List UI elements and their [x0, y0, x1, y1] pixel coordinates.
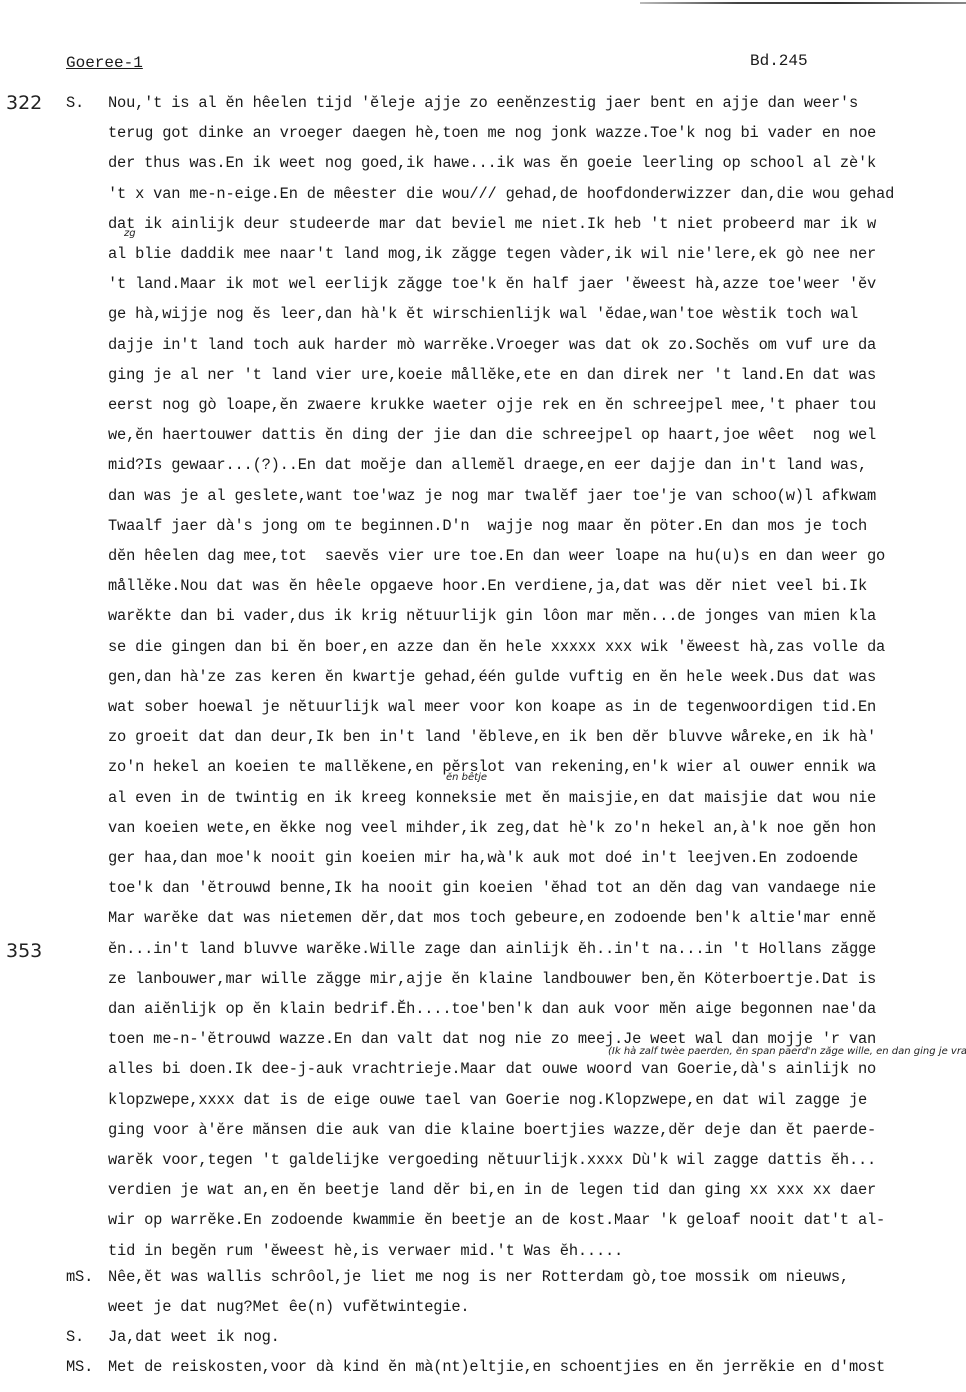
transcript-line: we,ĕn haertouwer dattis ĕn ding der jie …: [108, 426, 876, 444]
dialogue-line: weet je dat nug?Met êe(n) vufĕtwintegie.: [108, 1298, 469, 1316]
handwritten-annotation: ĕn bêtje: [446, 772, 487, 783]
transcript-line: dajje in't land toch auk harder mò warrĕ…: [108, 336, 876, 354]
transcript-line: van koeien wete,en ĕkke nog veel mihder,…: [108, 819, 876, 837]
transcript-line: warĕkte dan bi vader,dus ik krig nĕtuurl…: [108, 607, 876, 625]
dialogue-line: Met de reiskosten,voor dà kind ĕn mà(nt)…: [108, 1358, 885, 1376]
transcript-line: dat ik ainlijk deur studeerde mar dat be…: [108, 215, 876, 233]
transcript-line: al blie daddik mee naar't land mog,ik ză…: [108, 245, 876, 263]
transcript-line: ging je al ner 't land vier ure,koeie må…: [108, 366, 876, 384]
transcript-line: Nou,'t is al ĕn hêelen tijd 'ĕleje ajje …: [108, 94, 858, 112]
transcript-line: ze lanbouwer,mar wille zăgge mir,ajje ĕn…: [108, 970, 876, 988]
transcript-line: mid?Is gewaar...(?)..En dat moĕje dan al…: [108, 456, 867, 474]
transcript-line: zo groeit dat dan deur,Ik ben in't land …: [108, 728, 876, 746]
transcript-line: Twaalf jaer dà's jong om te beginnen.D'n…: [108, 517, 867, 535]
transcript-line: ĕn...in't land bluvve warĕke.Wille zage …: [108, 940, 876, 958]
transcript-line: der thus was.En ik weet nog goed,ik hawe…: [108, 154, 876, 172]
speaker-label: S.: [66, 1328, 84, 1346]
transcript-line: verdien je wat an,en ĕn beetje land dĕr …: [108, 1181, 876, 1199]
speaker-label: S.: [66, 94, 84, 112]
dialogue-line: Nêe,ĕt was wallis schrôol,je liet me nog…: [108, 1268, 849, 1286]
transcript-line: dan aiĕnlijk op ĕn klain bedrif.Ĕh....to…: [108, 1000, 876, 1018]
transcript-line: zo'n hekel an koeien te mallĕkene,en pĕr…: [108, 758, 876, 776]
speaker-label: MS.: [66, 1358, 93, 1376]
transcript-line: al even in de twintig en ik kreeg konnek…: [108, 789, 876, 807]
page-reference: Bd.245: [750, 52, 808, 70]
transcript-line: Mar warĕke dat was nietemen dĕr,dat mos …: [108, 909, 876, 927]
transcript-line: gen,dan hà'ze zas keren ĕn kwartje gehad…: [108, 668, 876, 686]
speaker-label: mS.: [66, 1268, 93, 1286]
transcript-line: dan was je al geslete,want toe'waz je no…: [108, 487, 876, 505]
transcript-line: wat sober hoewal je nĕtuurlijk wal meer …: [108, 698, 876, 716]
transcript-line: dĕn hêelen dag mee,tot saevĕs vier ure t…: [108, 547, 885, 565]
transcript-line: 't x van me-n-eige.En de mêester die wou…: [108, 185, 894, 203]
transcript-line: terug got dinke an vroeger daegen hè,toe…: [108, 124, 876, 142]
transcript-line: ge hà,wijje nog ĕs leer,dan hà'k ĕt wirs…: [108, 305, 858, 323]
margin-line-number: 353: [6, 940, 42, 962]
transcript-line: alles bi doen.Ik dee-j-auk vrachtrieje.M…: [108, 1060, 876, 1078]
document-title: Goeree-1: [66, 54, 143, 72]
transcript-line: ger haa,dan moe'k nooit gin koeien mir h…: [108, 849, 858, 867]
transcript-line: warĕk voor,tegen 't galdelijke vergoedin…: [108, 1151, 876, 1169]
margin-line-number: 322: [6, 92, 42, 114]
transcript-line: eerst nog gò loape,ĕn zwaere krukke waet…: [108, 396, 876, 414]
handwritten-annotation: zg: [124, 228, 136, 239]
transcript-line: 't land.Maar ik mot wel eerlijk zăgge to…: [108, 275, 876, 293]
dialogue-line: Ja,dat weet ik nog.: [108, 1328, 280, 1346]
page-top-edge-line: [640, 2, 966, 4]
transcript-line: tid in begĕn rum 'ĕweest hè,is verwaer m…: [108, 1242, 623, 1260]
transcript-line: se die gingen dan bi ĕn boer,en azze dan…: [108, 638, 885, 656]
transcript-line: toe'k dan 'ĕtrouwd benne,Ik ha nooit gin…: [108, 879, 876, 897]
handwritten-annotation: (Ik hà zalf twèe paerden, ĕn span paerd'…: [608, 1046, 966, 1057]
transcript-line: wir op warrĕke.En zodoende kwammie ĕn be…: [108, 1211, 885, 1229]
transcript-line: ging voor à'ĕre mănsen die auk van die k…: [108, 1121, 876, 1139]
transcript-line: klopzwepe,xxxx dat is de eige ouwe tael …: [108, 1091, 867, 1109]
transcript-line: mållĕke.Nou dat was ĕn hêele opgaeve hoo…: [108, 577, 867, 595]
